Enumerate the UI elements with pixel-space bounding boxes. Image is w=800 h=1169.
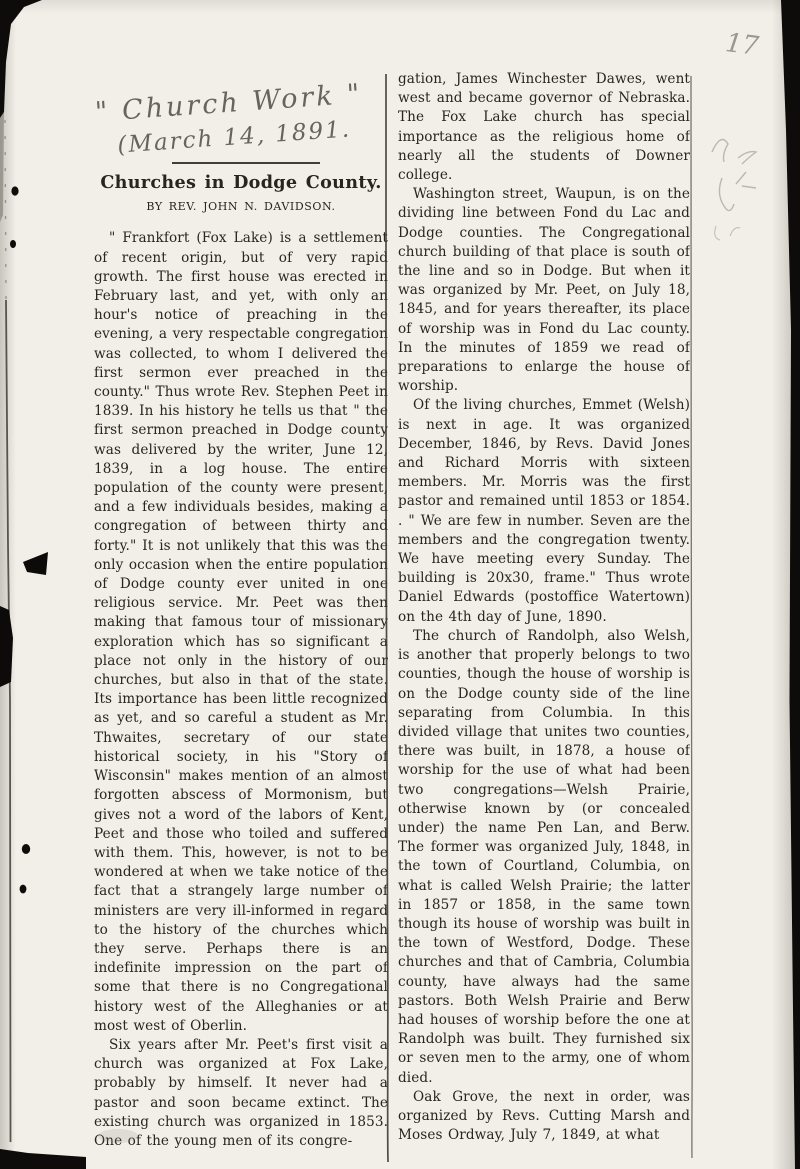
article-paragraph: The church of Randolph, also Welsh, is a… (398, 627, 690, 1088)
ink-bar-mark (0, 606, 13, 687)
scan-corner-shadow (0, 0, 42, 118)
pencil-scribble (719, 172, 756, 211)
ink-dot (20, 885, 27, 894)
article-byline: BY REV. JOHN N. DAVIDSON. (94, 197, 388, 216)
article-paragraph: Washington street, Waupun, is on the div… (398, 185, 690, 396)
handwritten-note: " Church Work " (March 14, 1891. (94, 79, 358, 160)
scan-corner-fade (0, 112, 4, 222)
page-edge-shadow (781, 0, 800, 1169)
article-paragraph: Of the living churches, Emmet (Welsh) is… (398, 396, 690, 626)
ink-dot (11, 186, 18, 195)
ink-flag-mark (23, 552, 48, 575)
page-number-pencil: 17 (724, 28, 761, 62)
bottom-edge-shadow (0, 1149, 86, 1169)
pencil-scribble (715, 226, 740, 240)
article-paragraph: Oak Grove, the next in order, was organi… (398, 1088, 690, 1146)
ink-dot (10, 240, 16, 248)
right-column: gation, James Winchester Dawes, went wes… (398, 70, 690, 1169)
scanned-newspaper-page: " Church Work " (March 14, 1891. Churche… (0, 0, 800, 1169)
left-fold-line (6, 300, 11, 1142)
headline-divider (172, 162, 320, 164)
left-fold-line-faint (5, 120, 6, 300)
article-paragraph: Six years after Mr. Peet's first visit a… (94, 1036, 388, 1151)
left-column: Churches in Dodge County. BY REV. JOHN N… (94, 158, 388, 1169)
right-column-rule (691, 76, 692, 1158)
article-title: Churches in Dodge County. (94, 173, 388, 192)
pencil-scribble (712, 140, 756, 165)
article-paragraph: gation, James Winchester Dawes, went wes… (398, 70, 690, 185)
ink-dot (22, 844, 30, 854)
article-paragraph: " Frankfort (Fox Lake) is a settlement o… (94, 229, 388, 1036)
